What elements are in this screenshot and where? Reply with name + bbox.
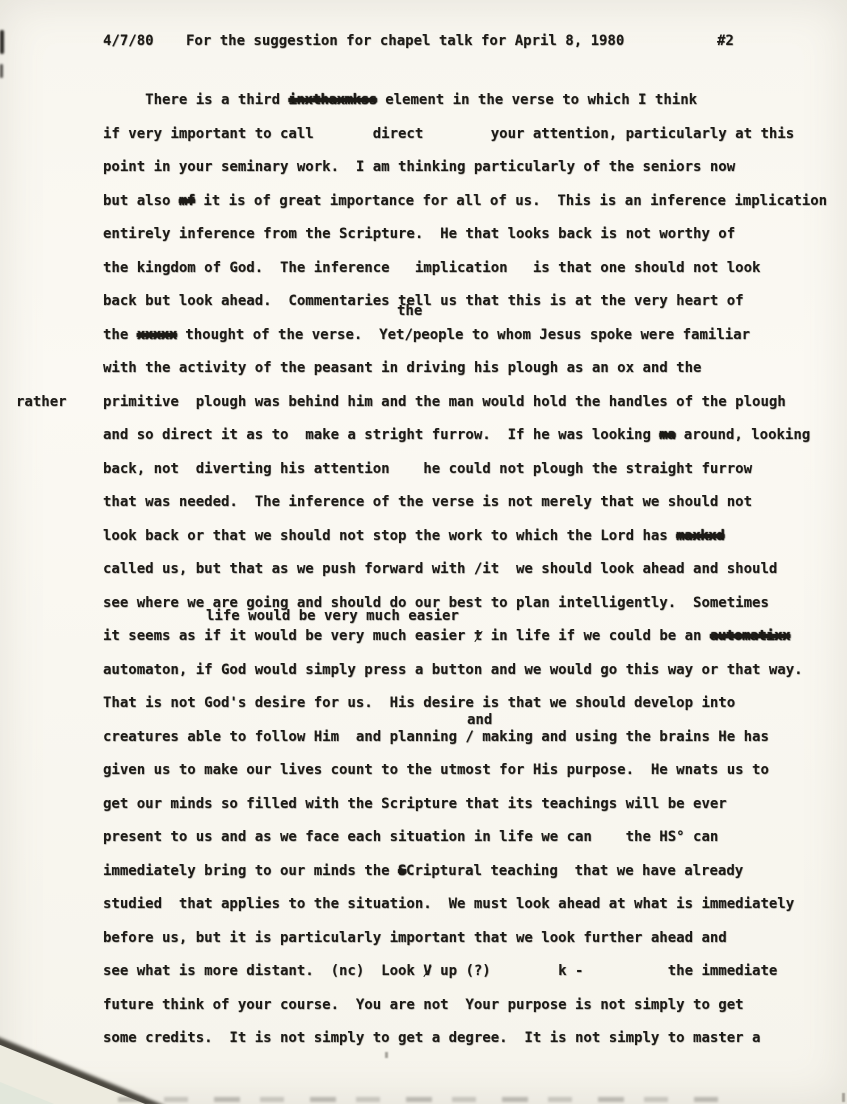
header-date: 4/7/80 [103,33,154,49]
text-segment: around, looking [675,427,810,443]
interline-insertion: life would be very much easier [206,609,459,624]
text-line: given us to make our lives count to the … [103,762,769,778]
text-segment: called us, but that as we push forward w… [103,561,777,577]
text-segment: back but look ahead. Commentaries tell u… [103,293,744,309]
left-edge-scan-mark [0,64,3,78]
text-segment: some credits. It is not simply to get a … [103,1030,760,1046]
text-segment: primitive plough was behind him and the … [103,394,786,410]
corner-fold-tint [0,1082,54,1104]
left-edge-scan-mark [0,30,4,54]
overtyped-text: ma [659,427,675,443]
overtyped-text: t [474,628,482,644]
text-segment: see what is more distant. (nc) Look [103,963,423,979]
text-segment: before us, but it is particularly import… [103,930,727,946]
overtyped-text: mf [179,193,195,209]
text-segment: up (?) k - the immediate [432,963,778,979]
text-line: the xxxxx thought of the verse. Yet/peop… [103,327,750,343]
overtyped-text: S [398,863,406,879]
text-line: That is not God's desire for us. His des… [103,695,735,711]
scan-speck [385,1052,388,1058]
text-segment: it is of great importance for all of us.… [195,193,827,209]
text-segment: get our minds so filled with the Scriptu… [103,796,727,812]
header-page-number: #2 [717,33,734,49]
text-segment: automaton, if God would simply press a b… [103,662,803,678]
text-segment: Criptural teaching that we have already [406,863,743,879]
text-segment: given us to make our lives count to the … [103,762,769,778]
text-segment: it seems as if it would be very much eas… [103,628,474,644]
text-segment: the kingdom of God. The inference implic… [103,260,760,276]
text-line: and so direct it as to make a stright fu… [103,427,810,443]
text-line: point in your seminary work. I am thinki… [103,159,735,175]
margin-note: rather [16,394,67,410]
text-segment: studied that applies to the situation. W… [103,896,794,912]
text-line: creatures able to follow Him and plannin… [103,729,769,745]
text-segment: look back or that we should not stop the… [103,528,676,544]
text-line: immediately bring to our minds the SCrip… [103,863,743,879]
overtyped-text: xxxxx [137,327,177,343]
text-line: with the activity of the peasant in driv… [103,360,701,376]
header-title: For the suggestion for chapel talk for A… [186,33,624,49]
text-segment: future think of your course. You are not… [103,997,744,1013]
text-line: get our minds so filled with the Scriptu… [103,796,727,812]
text-line: but also mf it is of great importance fo… [103,193,827,209]
text-segment: immediately bring to our minds the [103,863,398,879]
text-segment: present to us and as we face each situat… [103,829,718,845]
overtyped-text: inxthaxmkss [288,92,376,108]
text-line: called us, but that as we push forward w… [103,561,777,577]
next-page-edge-text [118,1097,718,1102]
text-segment: that was needed. The inference of the ve… [103,494,752,510]
text-segment: and so direct it as to make a stright fu… [103,427,659,443]
text-segment: entirely inference from the Scripture. H… [103,226,735,242]
text-line: see what is more distant. (nc) Look V up… [103,963,777,979]
interline-insertion: and [467,713,492,728]
text-line: look back or that we should not stop the… [103,528,724,544]
overtyped-text: maxkxd [676,528,724,544]
text-segment: but also [103,193,179,209]
text-segment: the [103,327,137,343]
text-line: if very important to call direct your at… [103,126,794,142]
bottom-right-scan-mark [842,1093,845,1102]
overtyped-text: automatixx [710,628,790,644]
text-line: it seems as if it would be very much eas… [103,628,790,644]
text-segment: back, not diverting his attention he cou… [103,461,752,477]
text-line: back but look ahead. Commentaries tell u… [103,293,744,309]
text-segment: if very important to call direct your at… [103,126,794,142]
text-line: There is a third inxthaxmkss element in … [103,92,697,108]
text-line: some credits. It is not simply to get a … [103,1030,760,1046]
overtyped-text: V [423,963,431,979]
text-segment: creatures able to follow Him and plannin… [103,729,769,745]
text-segment: point in your seminary work. I am thinki… [103,159,735,175]
text-line: studied that applies to the situation. W… [103,896,794,912]
text-segment: element in the verse to which I think [377,92,697,108]
text-line: that was needed. The inference of the ve… [103,494,752,510]
text-line: back, not diverting his attention he cou… [103,461,752,477]
text-segment: There is a third [103,92,288,108]
text-line: future think of your course. You are not… [103,997,744,1013]
interline-insertion: the [397,304,422,319]
text-line: present to us and as we face each situat… [103,829,718,845]
text-line: automaton, if God would simply press a b… [103,662,803,678]
text-line: entirely inference from the Scripture. H… [103,226,735,242]
text-line: primitive plough was behind him and the … [103,394,786,410]
text-segment: in life if we could be an [482,628,710,644]
scanned-typewritten-page: 4/7/80 For the suggestion for chapel tal… [0,0,847,1104]
text-segment: with the activity of the peasant in driv… [103,360,701,376]
text-line: the kingdom of God. The inference implic… [103,260,760,276]
text-segment: thought of the verse. Yet/people to whom… [177,327,750,343]
text-line: before us, but it is particularly import… [103,930,727,946]
text-segment: That is not God's desire for us. His des… [103,695,735,711]
